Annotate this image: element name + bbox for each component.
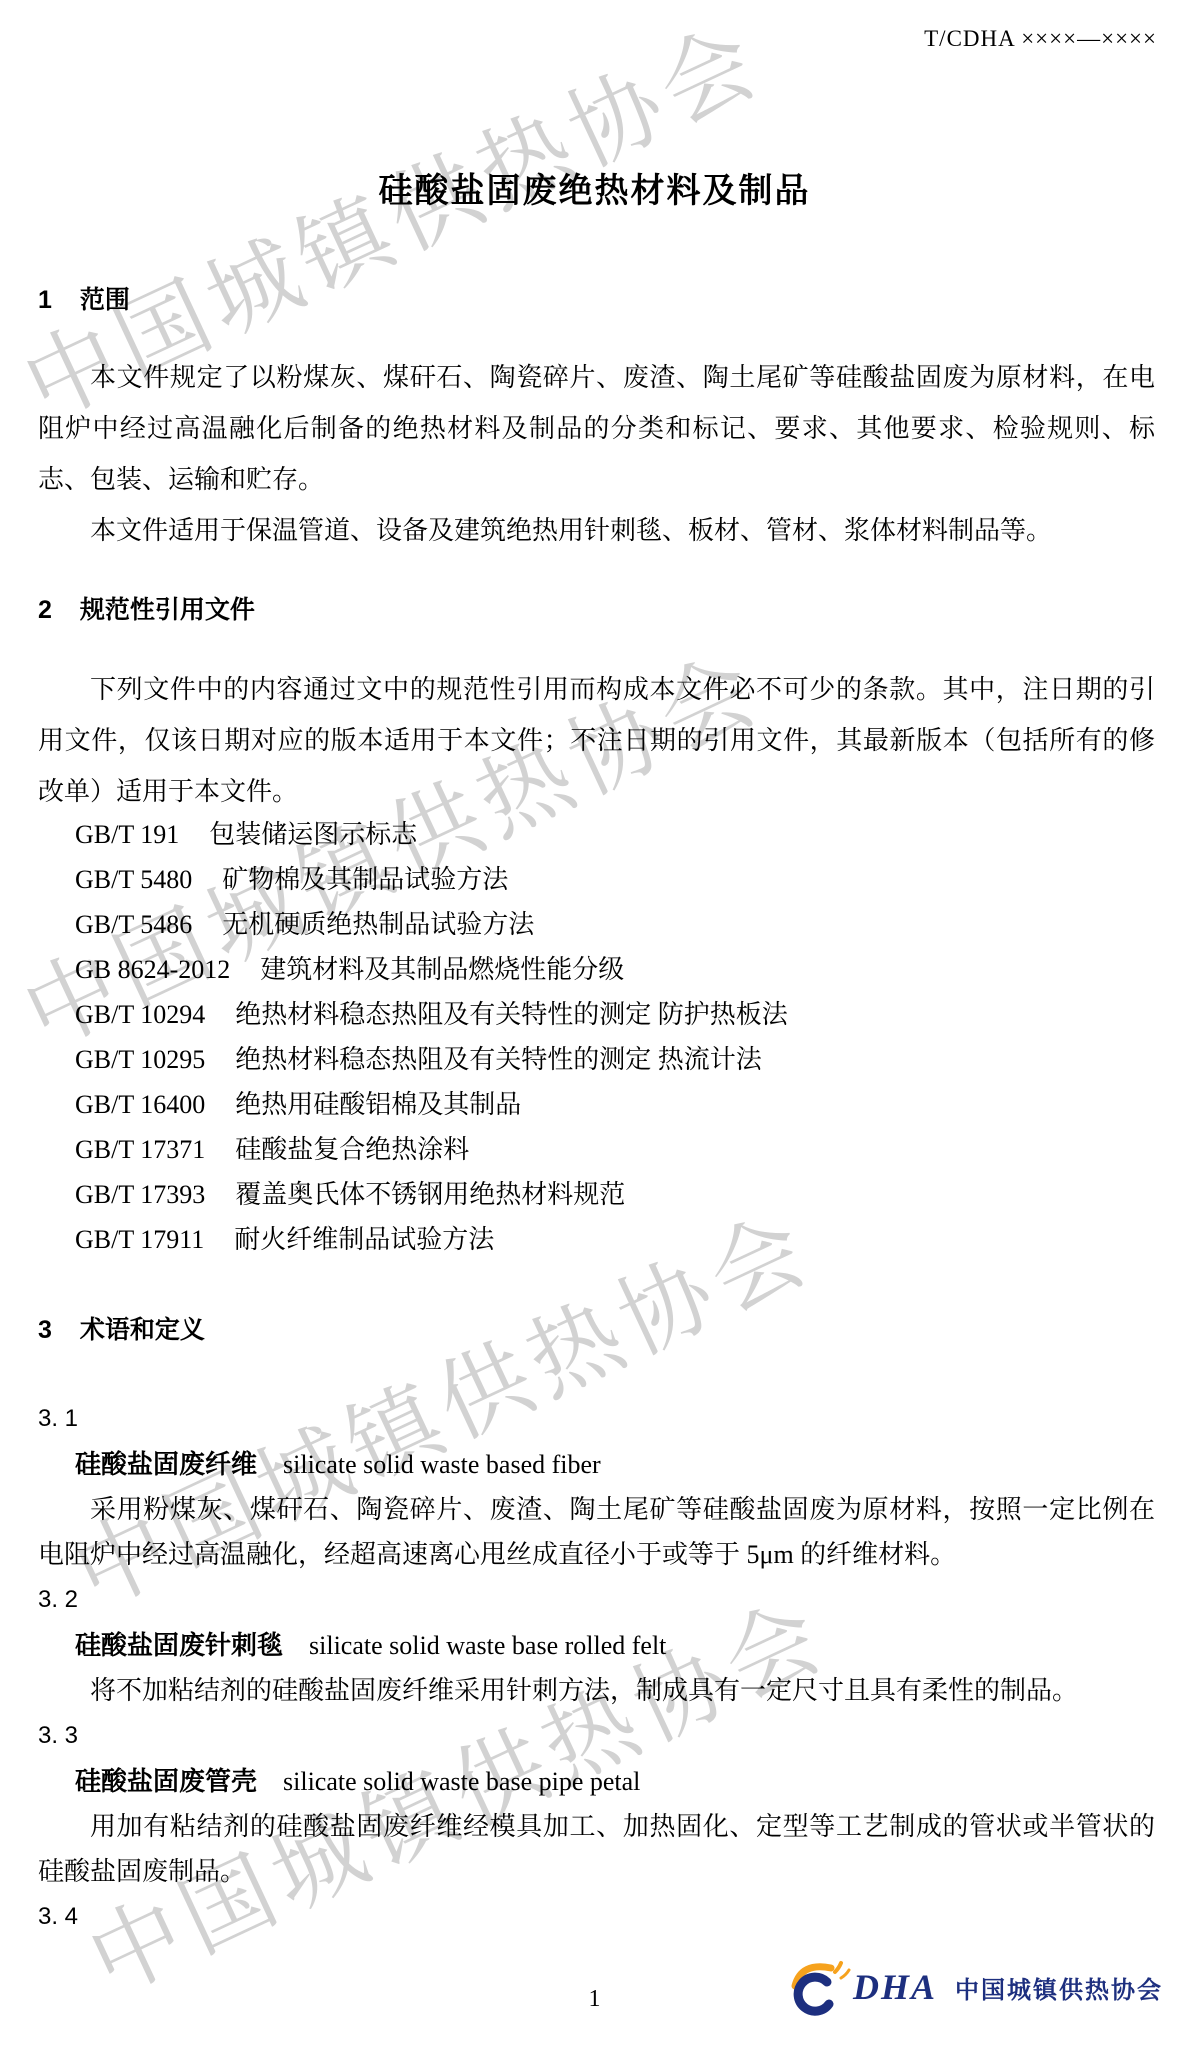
term-definition: 用加有粘结剂的硅酸盐固废纤维经模具加工、加热固化、定型等工艺制成的管状或半管状的…	[38, 1804, 1155, 1894]
section-1-heading: 1范围	[38, 280, 1155, 316]
term-english: silicate solid waste base pipe petal	[283, 1767, 640, 1796]
term-english: silicate solid waste base rolled felt	[309, 1631, 666, 1660]
term-entry: 硅酸盐固废针刺毯silicate solid waste base rolled…	[38, 1623, 1155, 1668]
reference-item: GB/T 16400绝热用硅酸铝棉及其制品	[38, 1082, 1155, 1127]
section-3-heading: 3术语和定义	[38, 1310, 1155, 1346]
reference-item: GB/T 191包装储运图示标志	[38, 812, 1155, 857]
page-number: 1	[0, 1986, 1189, 2013]
reference-item: GB/T 5486无机硬质绝热制品试验方法	[38, 902, 1155, 947]
reference-title: 耐火纤维制品试验方法	[234, 1225, 494, 1254]
term-number: 3. 2	[38, 1577, 1155, 1623]
reference-title: 绝热材料稳态热阻及有关特性的测定 防护热板法	[235, 1000, 788, 1029]
reference-code: GB 8624-2012	[75, 947, 230, 992]
term-definition: 将不加粘结剂的硅酸盐固废纤维采用针刺方法，制成具有一定尺寸且具有柔性的制品。	[38, 1668, 1155, 1713]
reference-item: GB/T 5480矿物棉及其制品试验方法	[38, 857, 1155, 902]
reference-code: GB/T 10294	[75, 992, 205, 1037]
term-number: 3. 1	[38, 1396, 1155, 1442]
reference-item: GB/T 17393覆盖奥氏体不锈钢用绝热材料规范	[38, 1172, 1155, 1217]
reference-code: GB/T 17371	[75, 1127, 205, 1172]
reference-title: 硅酸盐复合绝热涂料	[235, 1135, 469, 1164]
reference-title: 覆盖奥氏体不锈钢用绝热材料规范	[235, 1180, 625, 1209]
term-chinese: 硅酸盐固废纤维	[75, 1449, 257, 1479]
section-2-intro: 下列文件中的内容通过文中的规范性引用而构成本文件必不可少的条款。其中，注日期的引…	[38, 664, 1155, 817]
reference-code: GB/T 5486	[75, 902, 192, 947]
section-1-body: 本文件规定了以粉煤灰、煤矸石、陶瓷碎片、废渣、陶土尾矿等硅酸盐固废为原材料，在电…	[38, 352, 1155, 556]
reference-title: 矿物棉及其制品试验方法	[222, 865, 508, 894]
reference-list: GB/T 191包装储运图示标志 GB/T 5480矿物棉及其制品试验方法 GB…	[38, 812, 1155, 1262]
paragraph: 本文件规定了以粉煤灰、煤矸石、陶瓷碎片、废渣、陶土尾矿等硅酸盐固废为原材料，在电…	[38, 352, 1155, 505]
term-english: silicate solid waste based fiber	[283, 1450, 601, 1479]
section-3-number: 3	[38, 1316, 52, 1344]
section-2-heading: 2规范性引用文件	[38, 590, 1155, 626]
paragraph: 下列文件中的内容通过文中的规范性引用而构成本文件必不可少的条款。其中，注日期的引…	[38, 664, 1155, 817]
reference-title: 包装储运图示标志	[209, 820, 417, 849]
paragraph: 本文件适用于保温管道、设备及建筑绝热用针刺毯、板材、管材、浆体材料制品等。	[38, 505, 1155, 556]
reference-code: GB/T 17911	[75, 1217, 204, 1262]
page-title: 硅酸盐固废绝热材料及制品	[0, 163, 1189, 212]
reference-item: GB 8624-2012建筑材料及其制品燃烧性能分级	[38, 947, 1155, 992]
reference-title: 无机硬质绝热制品试验方法	[222, 910, 534, 939]
reference-code: GB/T 17393	[75, 1172, 205, 1217]
reference-title: 建筑材料及其制品燃烧性能分级	[260, 955, 624, 984]
section-1-title: 范围	[80, 286, 130, 314]
reference-code: GB/T 191	[75, 812, 179, 857]
term-chinese: 硅酸盐固废管壳	[75, 1766, 257, 1796]
section-1-number: 1	[38, 286, 52, 314]
reference-code: GB/T 5480	[75, 857, 192, 902]
section-2-number: 2	[38, 596, 52, 624]
section-3-title: 术语和定义	[80, 1316, 205, 1344]
reference-code: GB/T 16400	[75, 1082, 205, 1127]
reference-code: GB/T 10295	[75, 1037, 205, 1082]
reference-item: GB/T 10295绝热材料稳态热阻及有关特性的测定 热流计法	[38, 1037, 1155, 1082]
reference-item: GB/T 17371硅酸盐复合绝热涂料	[38, 1127, 1155, 1172]
section-2-title: 规范性引用文件	[80, 596, 255, 624]
term-entry: 硅酸盐固废纤维silicate solid waste based fiber	[38, 1442, 1155, 1487]
standard-code: T/CDHA ××××—××××	[924, 26, 1157, 52]
term-chinese: 硅酸盐固废针刺毯	[75, 1630, 283, 1660]
terms-block: 3. 1 硅酸盐固废纤维silicate solid waste based f…	[38, 1396, 1155, 1940]
term-definition: 采用粉煤灰、煤矸石、陶瓷碎片、废渣、陶土尾矿等硅酸盐固废为原材料，按照一定比例在…	[38, 1487, 1155, 1577]
reference-item: GB/T 10294绝热材料稳态热阻及有关特性的测定 防护热板法	[38, 992, 1155, 1037]
term-entry: 硅酸盐固废管壳silicate solid waste base pipe pe…	[38, 1759, 1155, 1804]
term-number: 3. 3	[38, 1713, 1155, 1759]
document-page: 中国城镇供热协会 中国城镇供热协会 中国城镇供热协会 中国城镇供热协会 T/CD…	[0, 0, 1189, 2045]
term-number: 3. 4	[38, 1894, 1155, 1940]
reference-item: GB/T 17911耐火纤维制品试验方法	[38, 1217, 1155, 1262]
reference-title: 绝热用硅酸铝棉及其制品	[235, 1090, 521, 1119]
reference-title: 绝热材料稳态热阻及有关特性的测定 热流计法	[235, 1045, 762, 1074]
content-layer: T/CDHA ××××—×××× 硅酸盐固废绝热材料及制品 1范围 本文件规定了…	[0, 0, 1189, 2045]
